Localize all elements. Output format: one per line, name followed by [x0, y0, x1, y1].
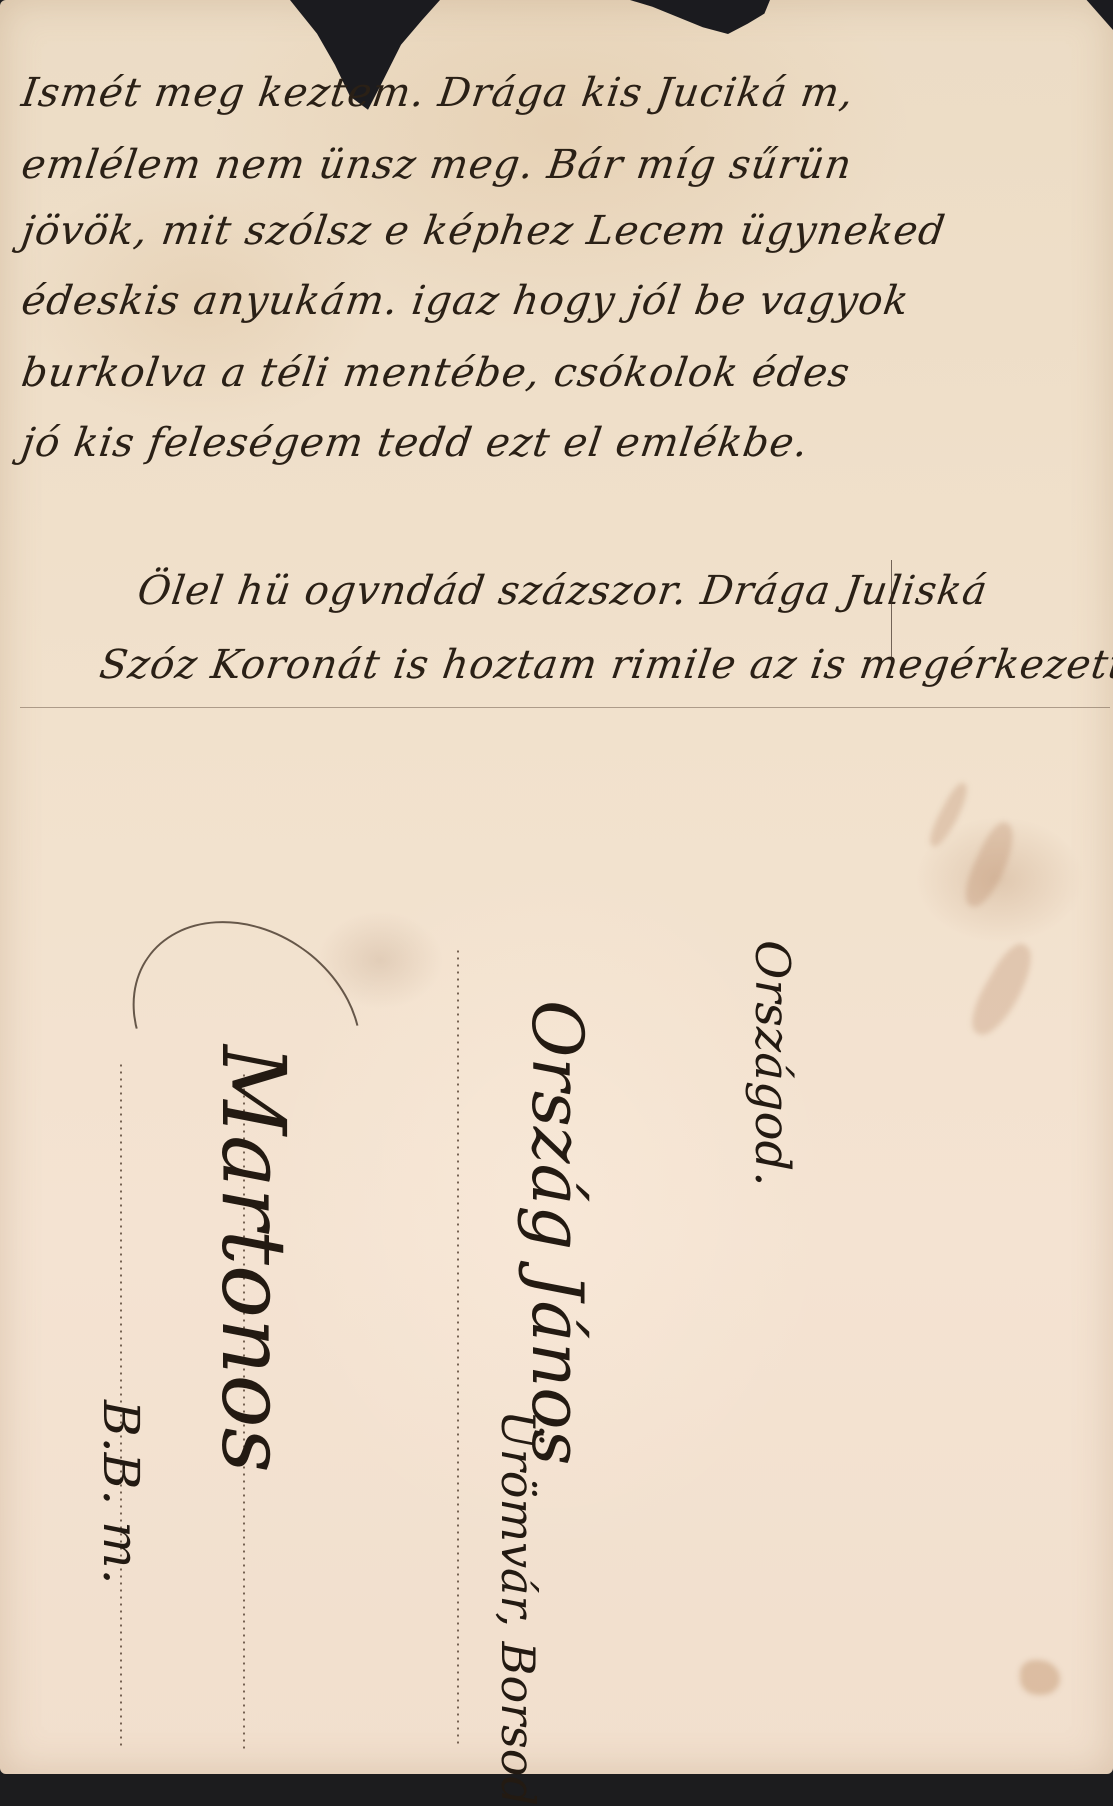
message-line-4: édeskis anyukám. igaz hogy jól be vagyok [19, 278, 912, 324]
address-note: B.B. m. [92, 1400, 150, 1584]
stain-mark [957, 818, 1022, 912]
message-line-2: emlélem nem ünsz meg. Bár míg sűrün [19, 142, 855, 188]
message-closing-line: Ölel hü ogvndád százszor. Drága Juliská [135, 568, 991, 614]
message-line-6: jó kis feleségem tedd ezt el emlékbe. [19, 420, 812, 466]
message-line-1: Ismét meg keztem. Drága kis Juciká m, [19, 70, 857, 116]
address-dotted-line-3 [457, 948, 459, 1748]
message-line-3: jövök, mit szólsz e képhez Lecem ügyneke… [19, 208, 949, 254]
address-city: Ürömvár, Borsod [491, 1410, 545, 1774]
stain-mark [925, 780, 974, 850]
addressee-name: Ország János [516, 1000, 598, 1465]
message-line-5: burkolva a téli mentébe, csókolok édes [19, 350, 853, 396]
printed-divider-line [20, 707, 1110, 708]
message-postscript-line: Szóz Koronát is hoztam rimile az is megé… [97, 642, 1113, 688]
stain-mark [962, 938, 1042, 1042]
address-name: Martonos [202, 1045, 305, 1473]
torn-edge-right [630, 0, 770, 34]
address-country: Országod. [744, 940, 800, 1186]
stain-mark [1020, 1660, 1060, 1695]
torn-corner [1080, 0, 1113, 30]
postcard: Ismét meg keztem. Drága kis Juciká m, em… [0, 0, 1113, 1774]
vertical-ink-stroke [891, 560, 892, 660]
